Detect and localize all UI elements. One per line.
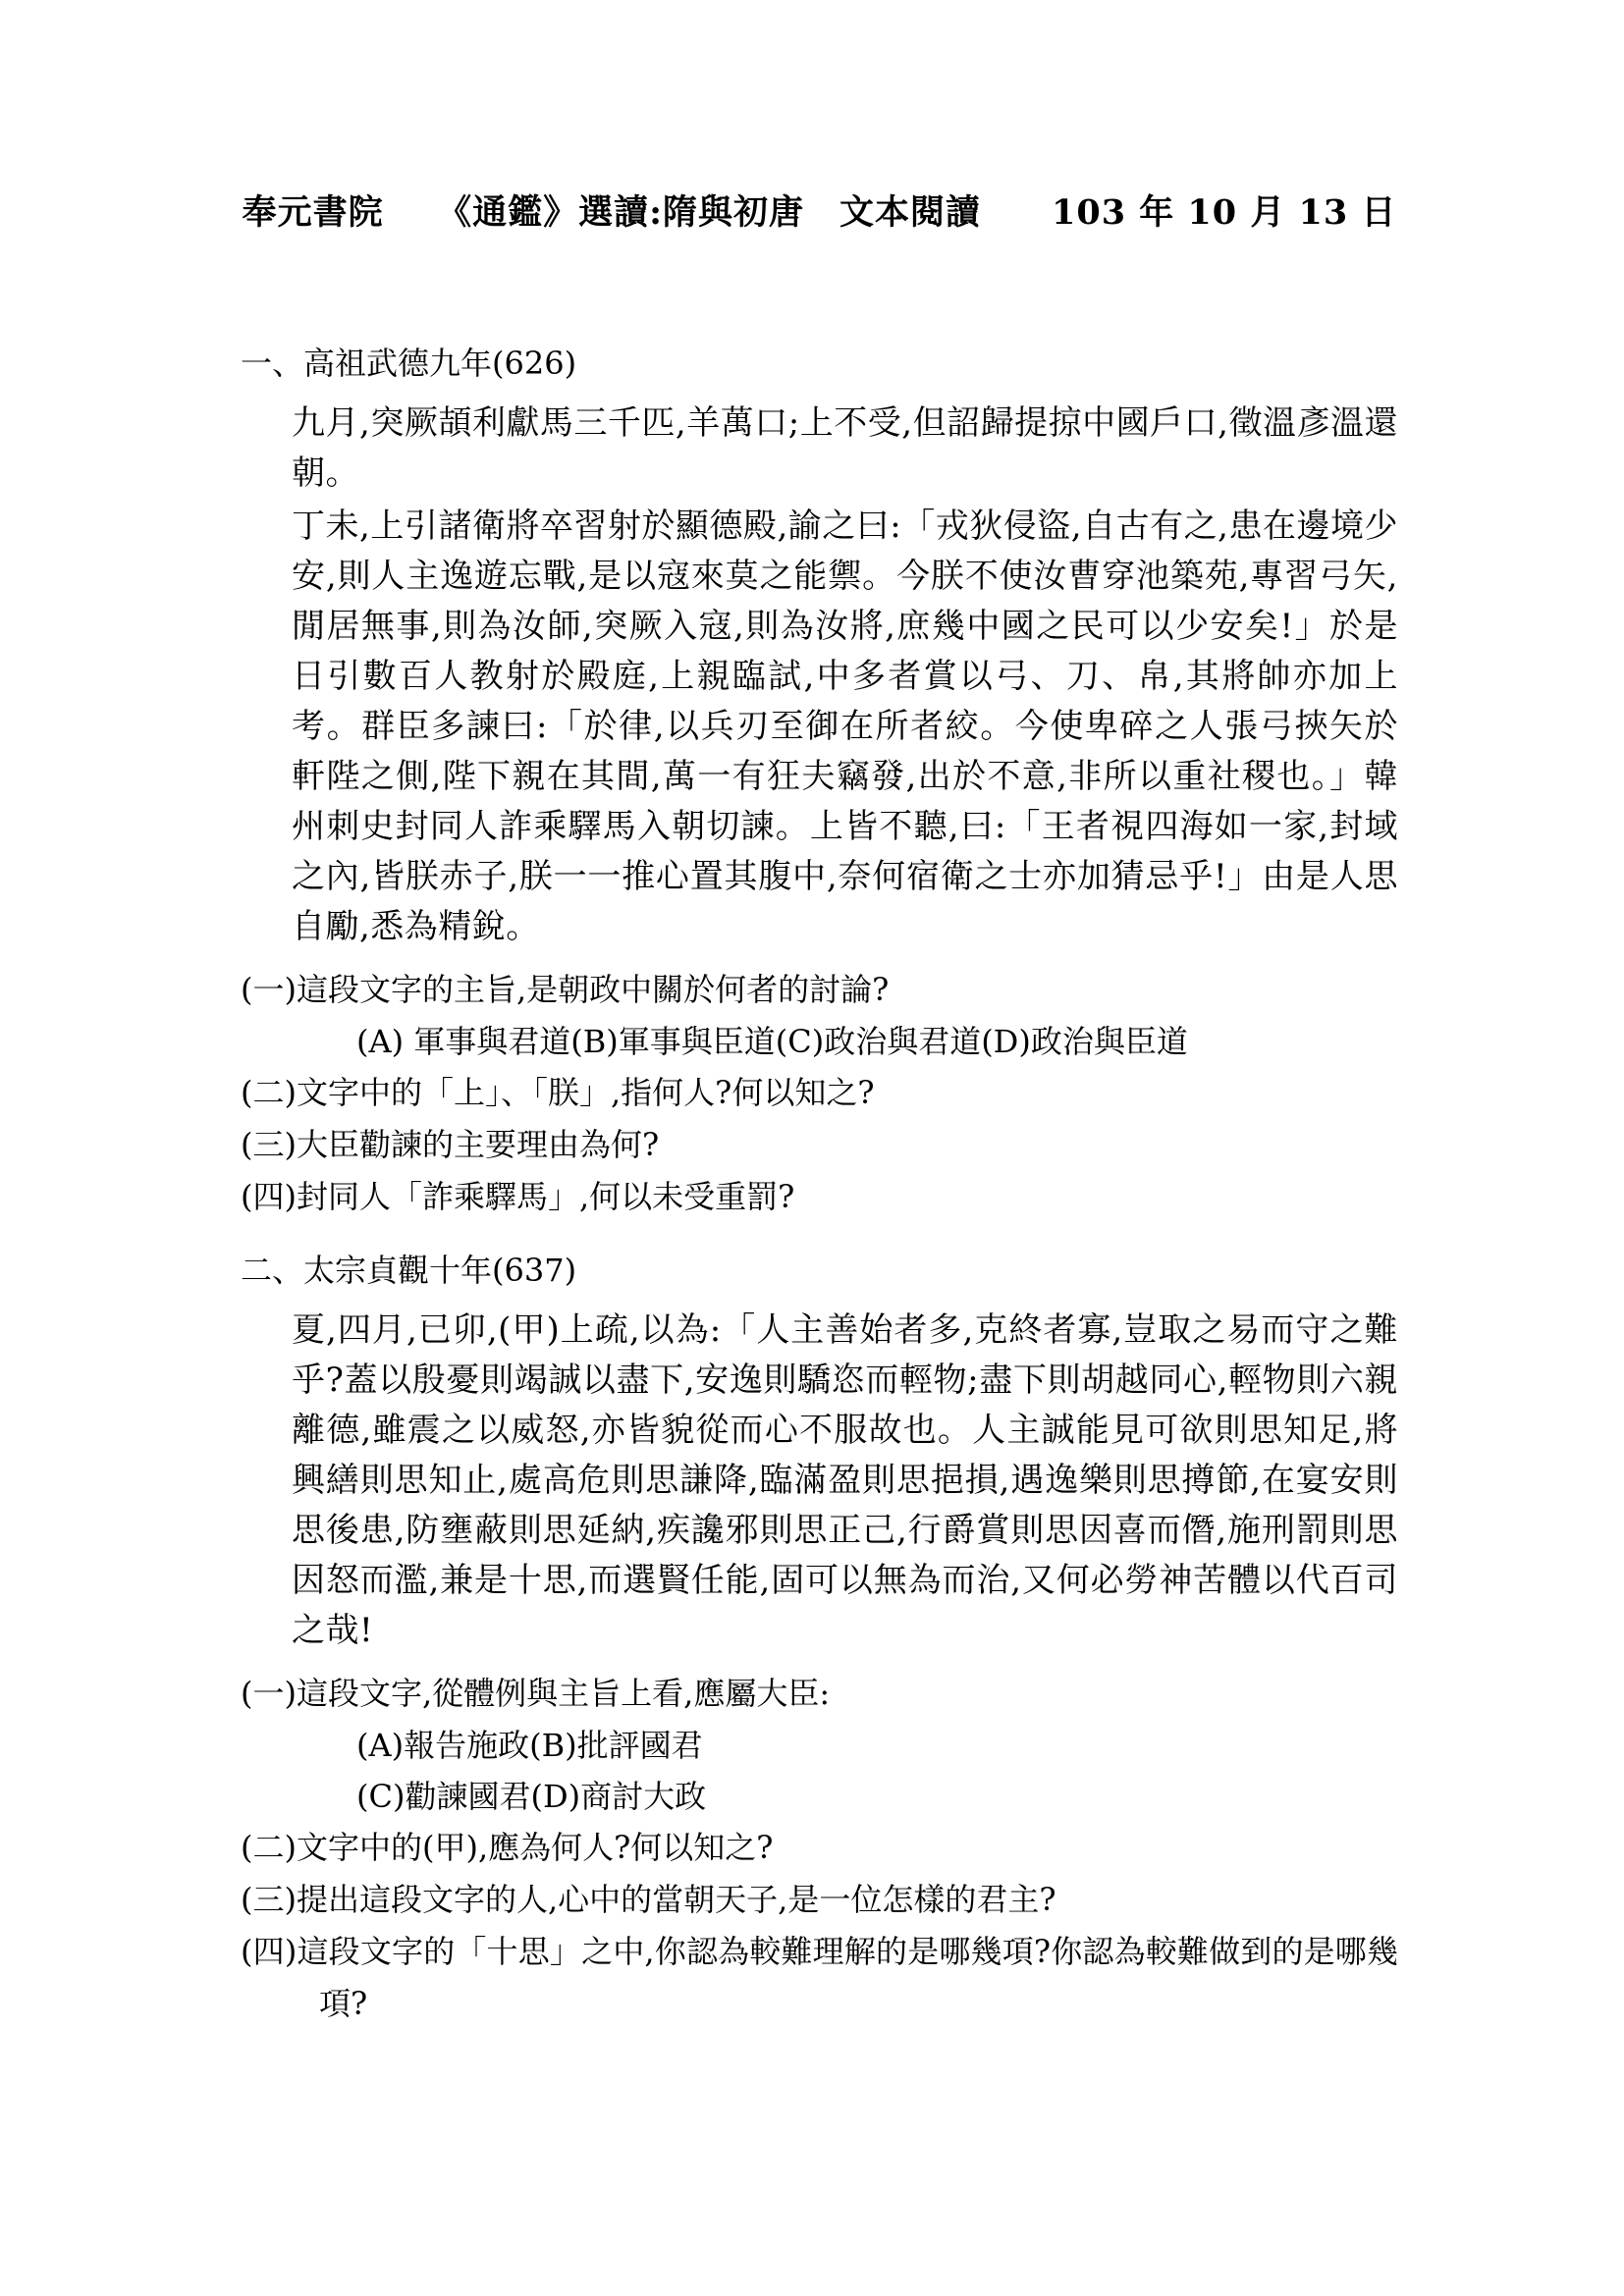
section-2-question-2: (二)文字中的(甲),應為何人?何以知之? [241, 1822, 1398, 1874]
section-2-question-1: (一)這段文字,從體例與主旨上看,應屬大臣: [241, 1668, 1398, 1720]
question-label: (二) [241, 1074, 297, 1111]
section-1-question-1: (一)這段文字的主旨,是朝政中關於何者的討論? [241, 964, 1398, 1016]
section-1-question-2: (二)文字中的「上」、「朕」,指何人?何以知之? [241, 1067, 1398, 1119]
question-label: (二) [241, 1829, 297, 1866]
section-1-questions: (一)這段文字的主旨,是朝政中關於何者的討論? (A) 軍事與君道(B)軍事與臣… [241, 964, 1398, 1223]
question-text: 封同人「詐乘驛馬」,何以未受重罰? [297, 1178, 794, 1215]
section-1-question-4: (四)封同人「詐乘驛馬」,何以未受重罰? [241, 1171, 1398, 1223]
question-text: 大臣勸諫的主要理由為何? [297, 1126, 659, 1163]
section-1-heading: 一、高祖武德九年(626) [241, 342, 1398, 385]
section-1-question-3: (三)大臣勸諫的主要理由為何? [241, 1119, 1398, 1171]
section-2: 二、太宗貞觀十年(637) 夏,四月,已卯,(甲)上疏,以為:「人主善始者多,克… [241, 1249, 1398, 2030]
section-2-passage-paragraph-1: 夏,四月,已卯,(甲)上疏,以為:「人主善始者多,克終者寡,豈取之易而守之難乎?… [292, 1306, 1398, 1656]
question-text: 提出這段文字的人,心中的當朝天子,是一位怎樣的君主? [297, 1881, 1056, 1918]
section-2-question-3: (三)提出這段文字的人,心中的當朝天子,是一位怎樣的君主? [241, 1874, 1398, 1926]
question-label: (四) [241, 1178, 297, 1215]
section-2-heading: 二、太宗貞觀十年(637) [241, 1249, 1398, 1292]
question-label: (三) [241, 1881, 297, 1918]
question-text: 這段文字,從體例與主旨上看,應屬大臣: [297, 1675, 830, 1712]
document-page: 奉元書院 《通鑑》選讀:隋與初唐 文本閱讀 103 年 10 月 13 日 一、… [0, 0, 1624, 2296]
question-label: (一) [241, 1675, 297, 1712]
question-text: 這段文字的主旨,是朝政中關於何者的討論? [297, 971, 889, 1008]
section-1-passage-paragraph-2: 丁未,上引諸衛將卒習射於顯德殿,諭之曰:「戎狄侵盜,自古有之,患在邊境少安,則人… [292, 502, 1398, 952]
question-text: 文字中的「上」、「朕」,指何人?何以知之? [297, 1074, 875, 1111]
question-text: 這段文字的「十思」之中,你認為較難理解的是哪幾項?你認為較難做到的是哪幾項? [297, 1933, 1398, 2022]
question-label: (一) [241, 971, 297, 1008]
section-1-question-1-options: (A) 軍事與君道(B)軍事與臣道(C)政治與君道(D)政治與臣道 [356, 1016, 1398, 1067]
section-2-questions: (一)這段文字,從體例與主旨上看,應屬大臣: (A)報告施政(B)批評國君 (C… [241, 1668, 1398, 2030]
section-1: 一、高祖武德九年(626) 九月,突厥頡利獻馬三千匹,羊萬口;上不受,但詔歸提掠… [241, 342, 1398, 1223]
section-1-passage-paragraph-1: 九月,突厥頡利獻馬三千匹,羊萬口;上不受,但詔歸提掠中國戶口,徵溫彥溫還朝。 [292, 399, 1398, 499]
section-2-question-4: (四)這段文字的「十思」之中,你認為較難理解的是哪幾項?你認為較難做到的是哪幾項… [241, 1926, 1398, 2030]
question-label: (四) [241, 1933, 297, 1970]
question-text: 文字中的(甲),應為何人?何以知之? [297, 1829, 773, 1866]
section-2-question-1-options-line-1: (A)報告施政(B)批評國君 [356, 1720, 1398, 1771]
section-2-question-1-options-line-2: (C)勸諫國君(D)商討大政 [356, 1771, 1398, 1822]
document-title: 奉元書院 《通鑑》選讀:隋與初唐 文本閱讀 103 年 10 月 13 日 [241, 189, 1398, 237]
question-label: (三) [241, 1126, 297, 1163]
